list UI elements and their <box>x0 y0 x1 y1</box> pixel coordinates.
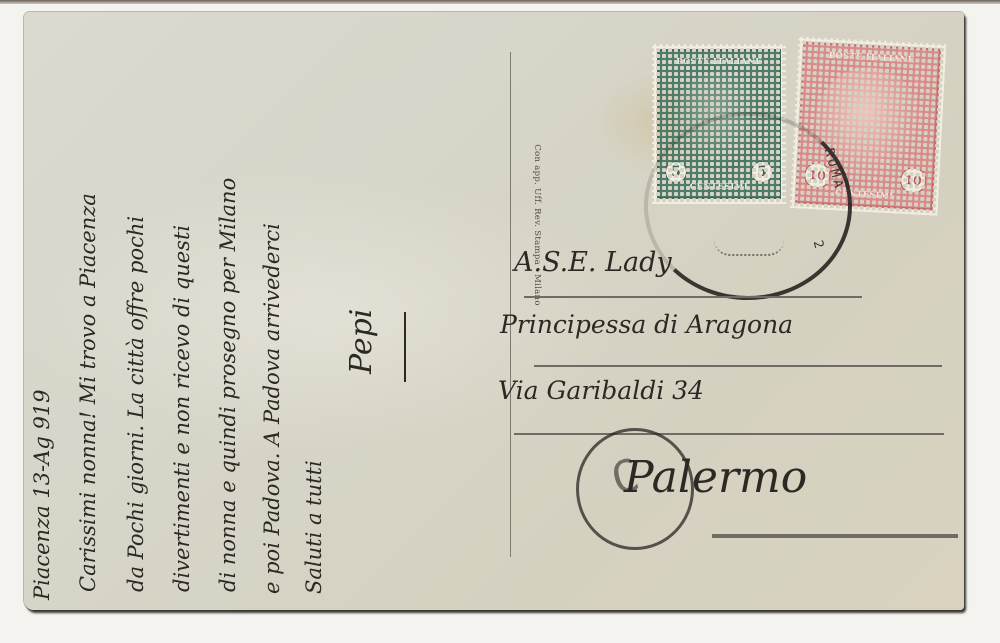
signature-underline <box>404 312 406 382</box>
message-line: divertimenti e non ricevo di questi <box>170 225 194 592</box>
stamp-issuer: POSTE ITALIANE <box>828 51 914 65</box>
stamp-value-right: 10 <box>900 167 927 194</box>
address-rule <box>514 433 944 435</box>
center-divider <box>510 52 511 557</box>
message-date-line: Piacenza 13-Ag 919 <box>30 389 54 600</box>
printer-imprint: Con app. Uff. Rev. Stampa - Milano <box>532 110 542 340</box>
postcard: Piacenza 13-Ag 919 Carissimi nonna! Mi t… <box>24 12 964 610</box>
postmark-roma <box>644 112 852 300</box>
message-line: Carissimi nonna! Mi trovo a Piacenza <box>76 193 100 592</box>
address-rule <box>524 296 862 298</box>
address-line-2: Principessa di Aragona <box>500 310 793 339</box>
message-closing: Saluti a tutti <box>302 460 326 594</box>
signature: Pepi <box>344 309 379 374</box>
address-line-1: A.S.E. Lady <box>514 247 672 278</box>
message-line: di nonna e quindi prosegno per Milano <box>216 178 240 592</box>
message-line: e poi Padova. A Padova arrivederci <box>260 223 284 594</box>
scan-top-edge <box>0 0 1000 4</box>
stamp-issuer: POSTE ITALIANE <box>676 57 762 67</box>
message-line: da Pochi giorni. La città offre pochi <box>124 216 148 592</box>
postmark-date-band <box>714 240 784 256</box>
address-city: Palermo <box>624 452 807 503</box>
address-rule <box>534 365 942 367</box>
city-underline <box>712 534 958 538</box>
address-line-3: Via Garibaldi 34 <box>498 376 704 405</box>
